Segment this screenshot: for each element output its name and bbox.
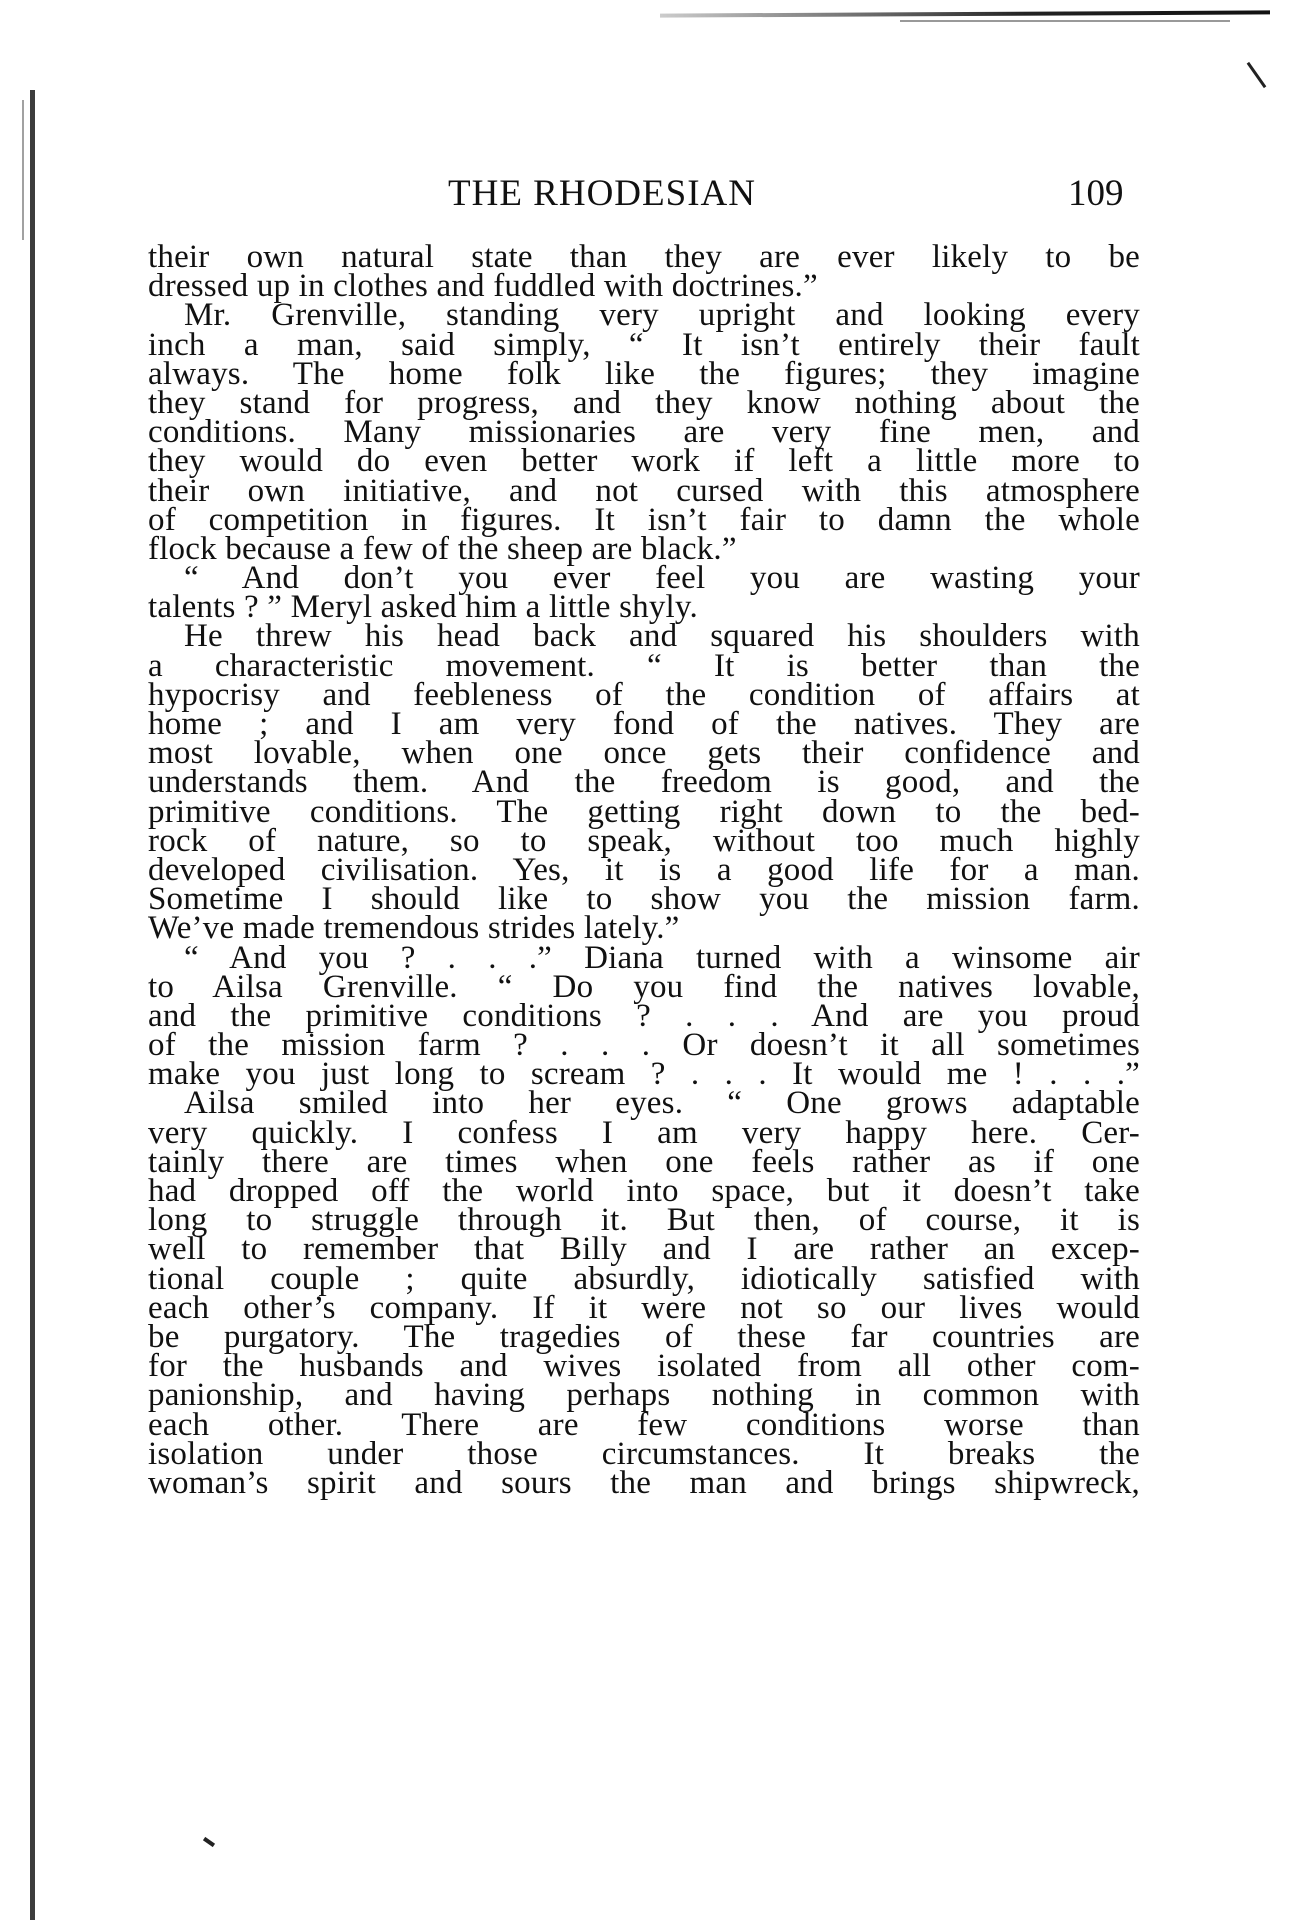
- running-title: THE RHODESIAN: [448, 172, 756, 215]
- paragraph: Ailsa smiled into her eyes. “ One grows …: [148, 1089, 1140, 1498]
- paragraph: “ And don’t you ever feel you are wastin…: [148, 564, 1140, 622]
- scan-top-edge: [660, 10, 1270, 17]
- scan-binding-edge: [30, 90, 35, 1920]
- page-body: their own natural state than they are ev…: [148, 243, 1140, 1498]
- text-line: woman’s spirit and sours the man and bri…: [148, 1469, 1140, 1498]
- paragraph: their own natural state than they are ev…: [148, 243, 1140, 301]
- paragraph: “ And you ? . . .” Diana turned with a w…: [148, 944, 1140, 1090]
- page-number: 109: [1068, 172, 1124, 215]
- paragraph: Mr. Grenville, standing very upright and…: [148, 301, 1140, 564]
- running-header: THE RHODESIAN 109: [148, 172, 1148, 222]
- paragraph: He threw his head back and squared his s…: [148, 622, 1140, 943]
- scan-top-edge-shadow: [900, 20, 1230, 22]
- scan-artifact: [22, 100, 24, 240]
- scan-corner-mark: [1247, 62, 1267, 88]
- scan-speck: [203, 1837, 215, 1847]
